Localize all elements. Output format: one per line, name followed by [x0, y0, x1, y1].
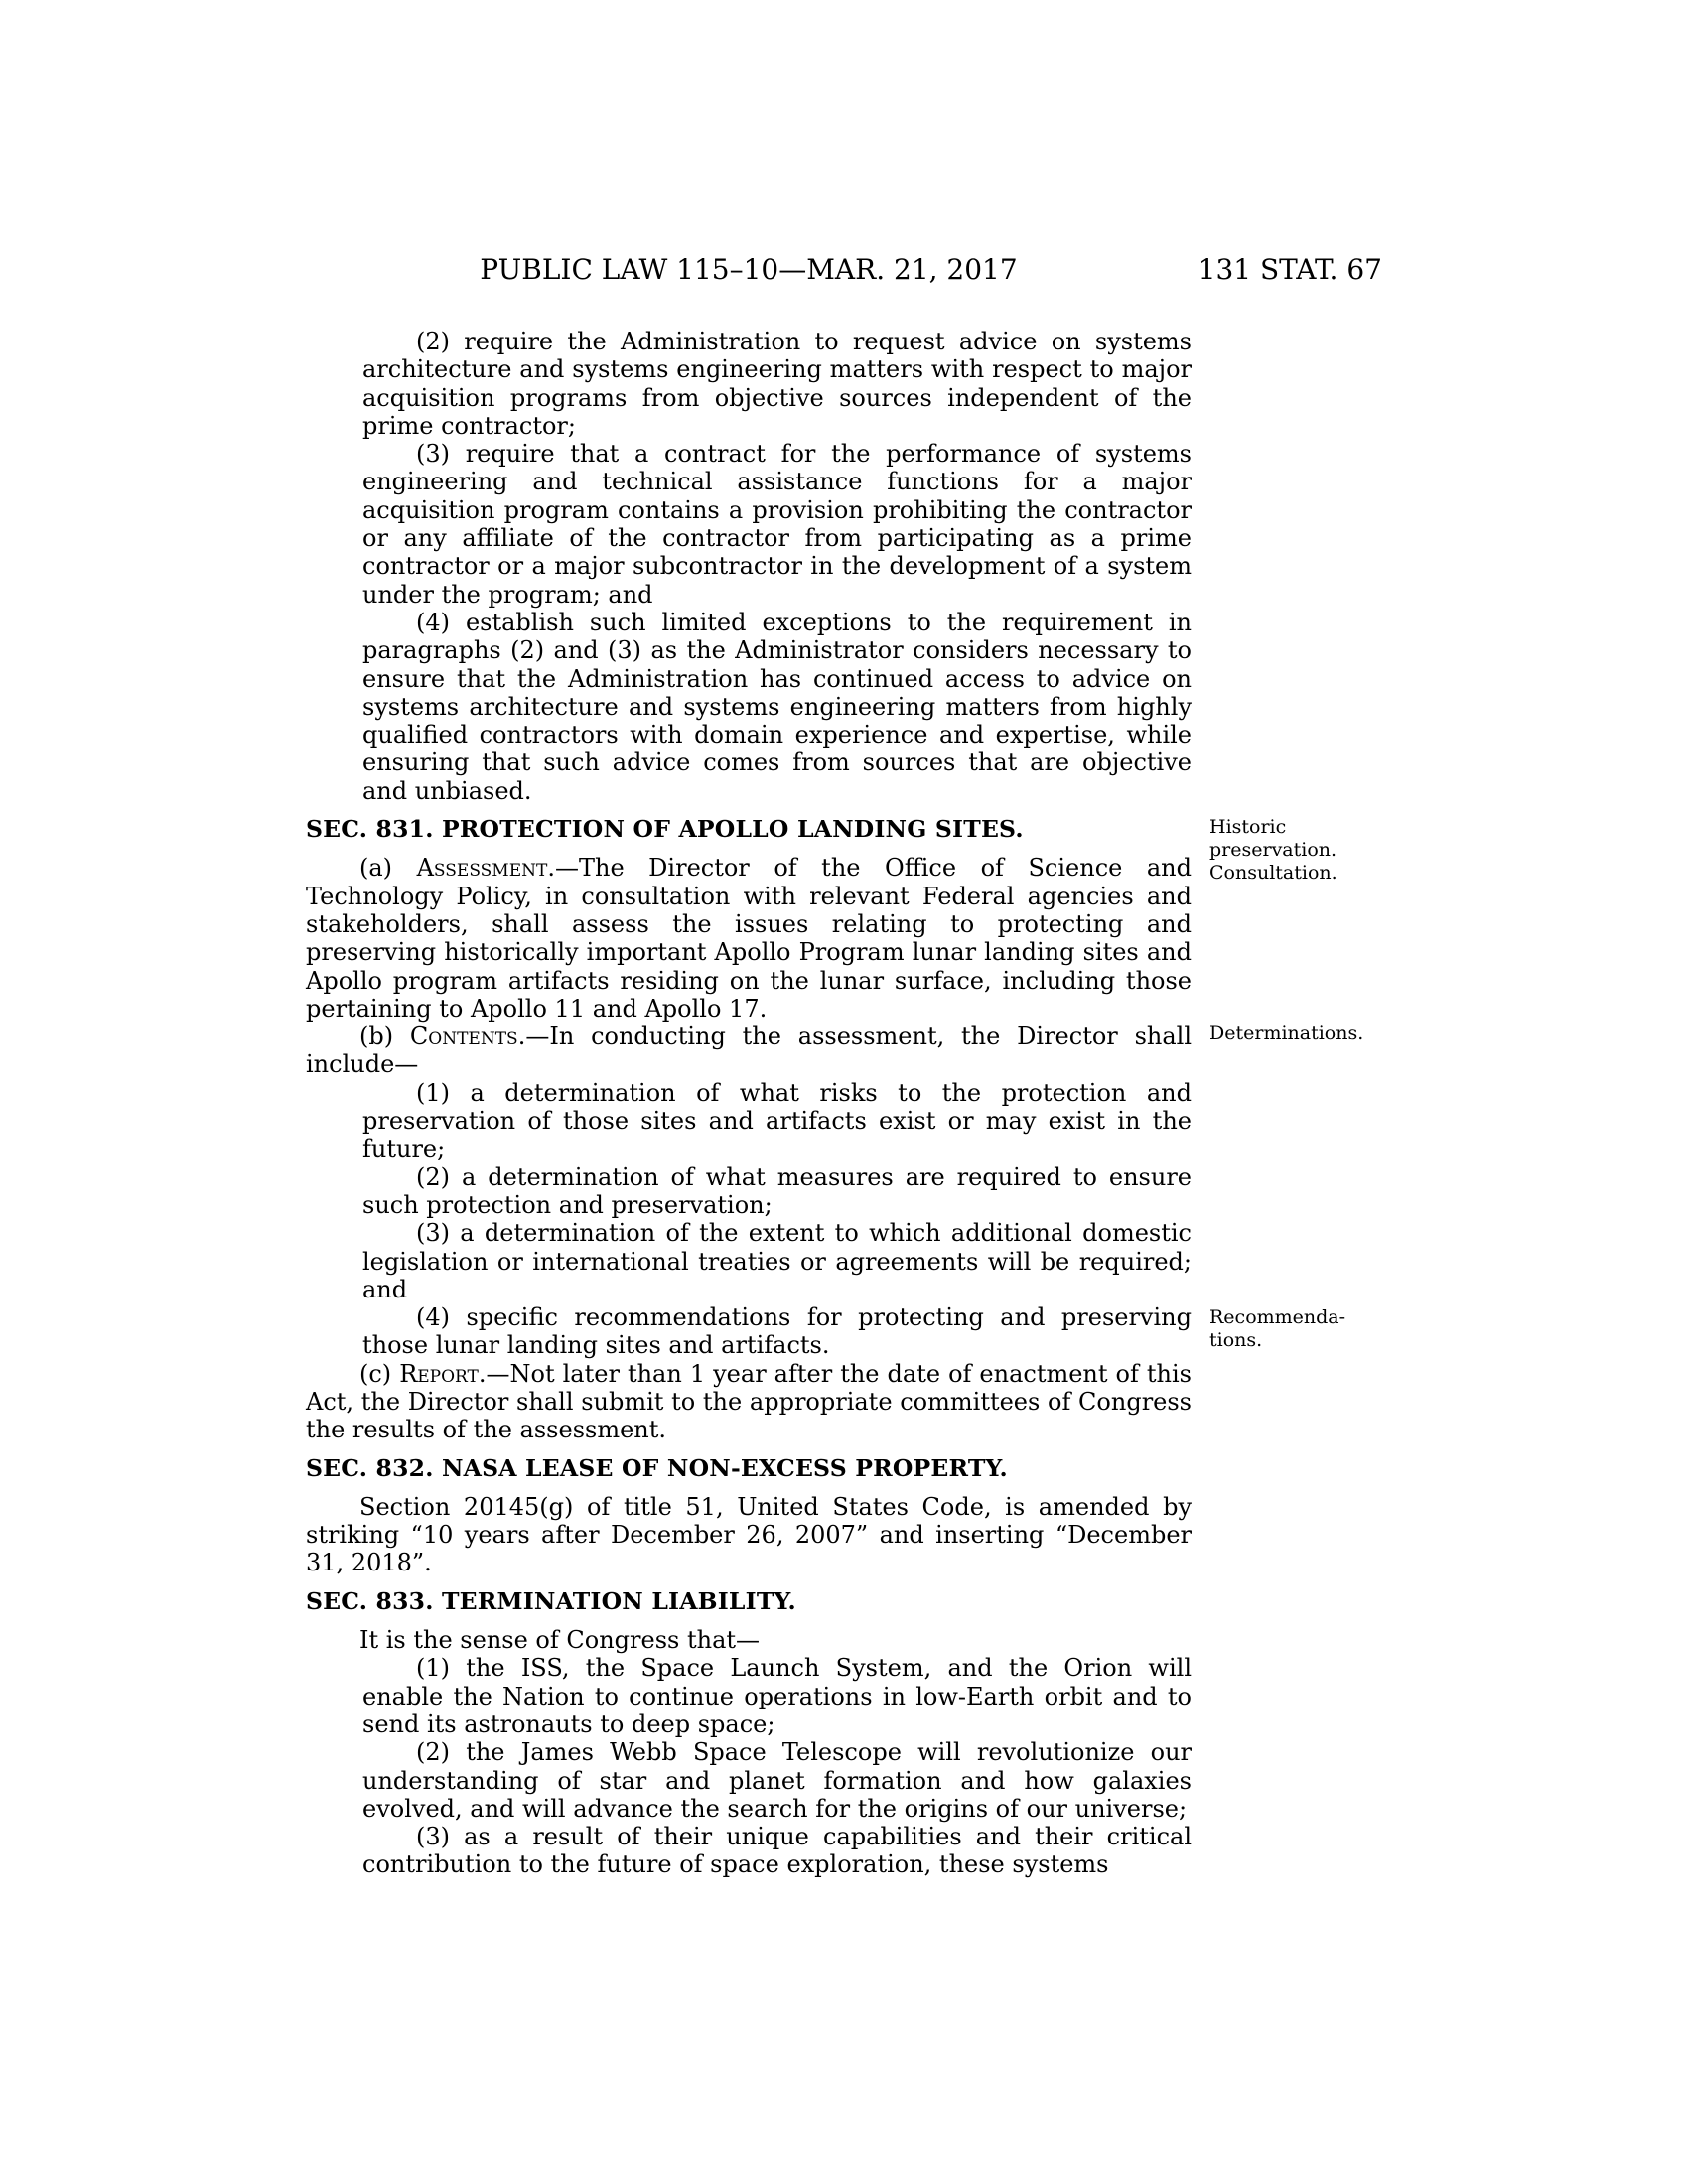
text-run: (3) as a result of their unique capabili… — [362, 1823, 1192, 1878]
paragraph: (a) Assessment.—The Director of the Offi… — [306, 854, 1192, 1023]
margin-note: Determinations. — [1209, 1023, 1393, 1045]
text-run: (b) — [359, 1023, 410, 1050]
text-run: (2) a determination of what measures are… — [362, 1163, 1192, 1219]
text-run: (2) the James Webb Space Telescope will … — [362, 1738, 1192, 1823]
section-heading: SEC. 833. TERMINATION LIABILITY. — [306, 1587, 1192, 1615]
text-run: (a) — [359, 854, 417, 882]
text-run: Assessment — [417, 854, 548, 882]
paragraph: (b) Contents.—In conducting the assessme… — [306, 1023, 1192, 1079]
text-run: (4) specific recommendations for protect… — [362, 1303, 1192, 1359]
text-run: (3) require that a contract for the perf… — [362, 440, 1192, 608]
paragraph: Section 20145(g) of title 51, United Sta… — [306, 1493, 1192, 1577]
list-item: (2) the James Webb Space Telescope will … — [362, 1738, 1192, 1823]
text-run: It is the sense of Congress that— — [359, 1626, 760, 1654]
list-item: (2) require the Administration to reques… — [362, 328, 1192, 440]
text-run: SEC. 832. NASA LEASE OF NON-EXCESS PROPE… — [306, 1454, 1008, 1482]
list-item: (3) a determination of the extent to whi… — [362, 1219, 1192, 1303]
text-run: Section 20145(g) of title 51, United Sta… — [306, 1493, 1192, 1577]
text-run: SEC. 833. TERMINATION LIABILITY. — [306, 1587, 796, 1615]
text-run: (1) the ISS, the Space Launch System, an… — [362, 1654, 1192, 1738]
text-run: SEC. 831. PROTECTION OF APOLLO LANDING S… — [306, 815, 1024, 843]
list-item: (2) a determination of what measures are… — [362, 1163, 1192, 1220]
list-item: (4) specific recommendations for protect… — [362, 1303, 1192, 1360]
section-heading: SEC. 831. PROTECTION OF APOLLO LANDING S… — [306, 815, 1192, 843]
text-run: (c) — [359, 1360, 399, 1388]
list-item: (3) require that a contract for the perf… — [362, 440, 1192, 609]
text-run: Report — [399, 1360, 479, 1388]
text-run: (1) a determination of what risks to the… — [362, 1079, 1192, 1163]
text-run: Contents — [410, 1023, 518, 1050]
page-header-law-title: PUBLIC LAW 115–10—MAR. 21, 2017 — [306, 254, 1192, 286]
document-body: (2) require the Administration to reques… — [306, 328, 1192, 1879]
list-item: (4) establish such limited exceptions to… — [362, 609, 1192, 805]
text-run: (3) a determination of the extent to whi… — [362, 1219, 1192, 1303]
list-item: (1) the ISS, the Space Launch System, an… — [362, 1654, 1192, 1738]
text-run: (4) establish such limited exceptions to… — [362, 609, 1192, 805]
page-header-stat-number: 131 STAT. 67 — [1092, 254, 1382, 286]
text-run: (2) require the Administration to reques… — [362, 328, 1192, 440]
section-heading: SEC. 832. NASA LEASE OF NON-EXCESS PROPE… — [306, 1454, 1192, 1482]
margin-note: Recommenda- tions. — [1209, 1306, 1393, 1352]
paragraph: (c) Report.—Not later than 1 year after … — [306, 1360, 1192, 1444]
paragraph: It is the sense of Congress that— — [306, 1626, 1192, 1654]
list-item: (1) a determination of what risks to the… — [362, 1079, 1192, 1163]
margin-note: Historic preservation. Consultation. — [1209, 816, 1393, 885]
list-item: (3) as a result of their unique capabili… — [362, 1823, 1192, 1879]
